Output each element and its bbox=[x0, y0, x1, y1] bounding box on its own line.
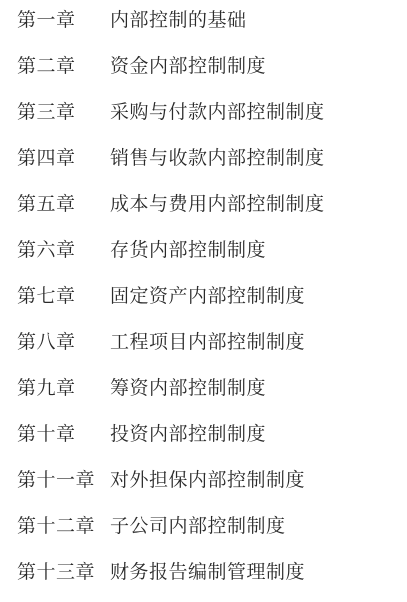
chapter-title: 存货内部控制制度 bbox=[110, 235, 266, 265]
chapter-label: 第六章 bbox=[17, 235, 76, 265]
toc-entry-9: 第九章 筹资内部控制制度 bbox=[0, 373, 407, 403]
toc-entry-11: 第十一章 对外担保内部控制制度 bbox=[0, 465, 407, 495]
chapter-label: 第一章 bbox=[17, 5, 76, 35]
chapter-title: 筹资内部控制制度 bbox=[110, 373, 266, 403]
chapter-title: 成本与费用内部控制制度 bbox=[110, 189, 325, 219]
chapter-label: 第十章 bbox=[17, 419, 76, 449]
toc-entry-6: 第六章 存货内部控制制度 bbox=[0, 235, 407, 265]
toc-entry-8: 第八章 工程项目内部控制制度 bbox=[0, 327, 407, 357]
chapter-label: 第十一章 bbox=[17, 465, 95, 495]
chapter-title: 资金内部控制制度 bbox=[110, 51, 266, 81]
chapter-label: 第八章 bbox=[17, 327, 76, 357]
chapter-label: 第二章 bbox=[17, 51, 76, 81]
chapter-label: 第十三章 bbox=[17, 557, 95, 587]
chapter-label: 第九章 bbox=[17, 373, 76, 403]
chapter-label: 第七章 bbox=[17, 281, 76, 311]
chapter-title: 工程项目内部控制制度 bbox=[110, 327, 305, 357]
chapter-title: 财务报告编制管理制度 bbox=[110, 557, 305, 587]
toc-entry-13: 第十三章 财务报告编制管理制度 bbox=[0, 557, 407, 587]
chapter-title: 子公司内部控制制度 bbox=[110, 511, 286, 541]
toc-entry-1: 第一章 内部控制的基础 bbox=[0, 5, 407, 35]
chapter-title: 固定资产内部控制制度 bbox=[110, 281, 305, 311]
chapter-title: 销售与收款内部控制制度 bbox=[110, 143, 325, 173]
chapter-title: 对外担保内部控制制度 bbox=[110, 465, 305, 495]
toc-entry-3: 第三章 采购与付款内部控制制度 bbox=[0, 97, 407, 127]
chapter-title: 采购与付款内部控制制度 bbox=[110, 97, 325, 127]
toc-entry-2: 第二章 资金内部控制制度 bbox=[0, 51, 407, 81]
toc-entry-7: 第七章 固定资产内部控制制度 bbox=[0, 281, 407, 311]
toc-entry-10: 第十章 投资内部控制制度 bbox=[0, 419, 407, 449]
table-of-contents: 第一章 内部控制的基础 第二章 资金内部控制制度 第三章 采购与付款内部控制制度… bbox=[0, 0, 407, 602]
chapter-label: 第五章 bbox=[17, 189, 76, 219]
toc-entry-4: 第四章 销售与收款内部控制制度 bbox=[0, 143, 407, 173]
chapter-label: 第三章 bbox=[17, 97, 76, 127]
chapter-title: 内部控制的基础 bbox=[110, 5, 247, 35]
toc-entry-12: 第十二章 子公司内部控制制度 bbox=[0, 511, 407, 541]
chapter-label: 第四章 bbox=[17, 143, 76, 173]
chapter-title: 投资内部控制制度 bbox=[110, 419, 266, 449]
toc-entry-5: 第五章 成本与费用内部控制制度 bbox=[0, 189, 407, 219]
chapter-label: 第十二章 bbox=[17, 511, 95, 541]
